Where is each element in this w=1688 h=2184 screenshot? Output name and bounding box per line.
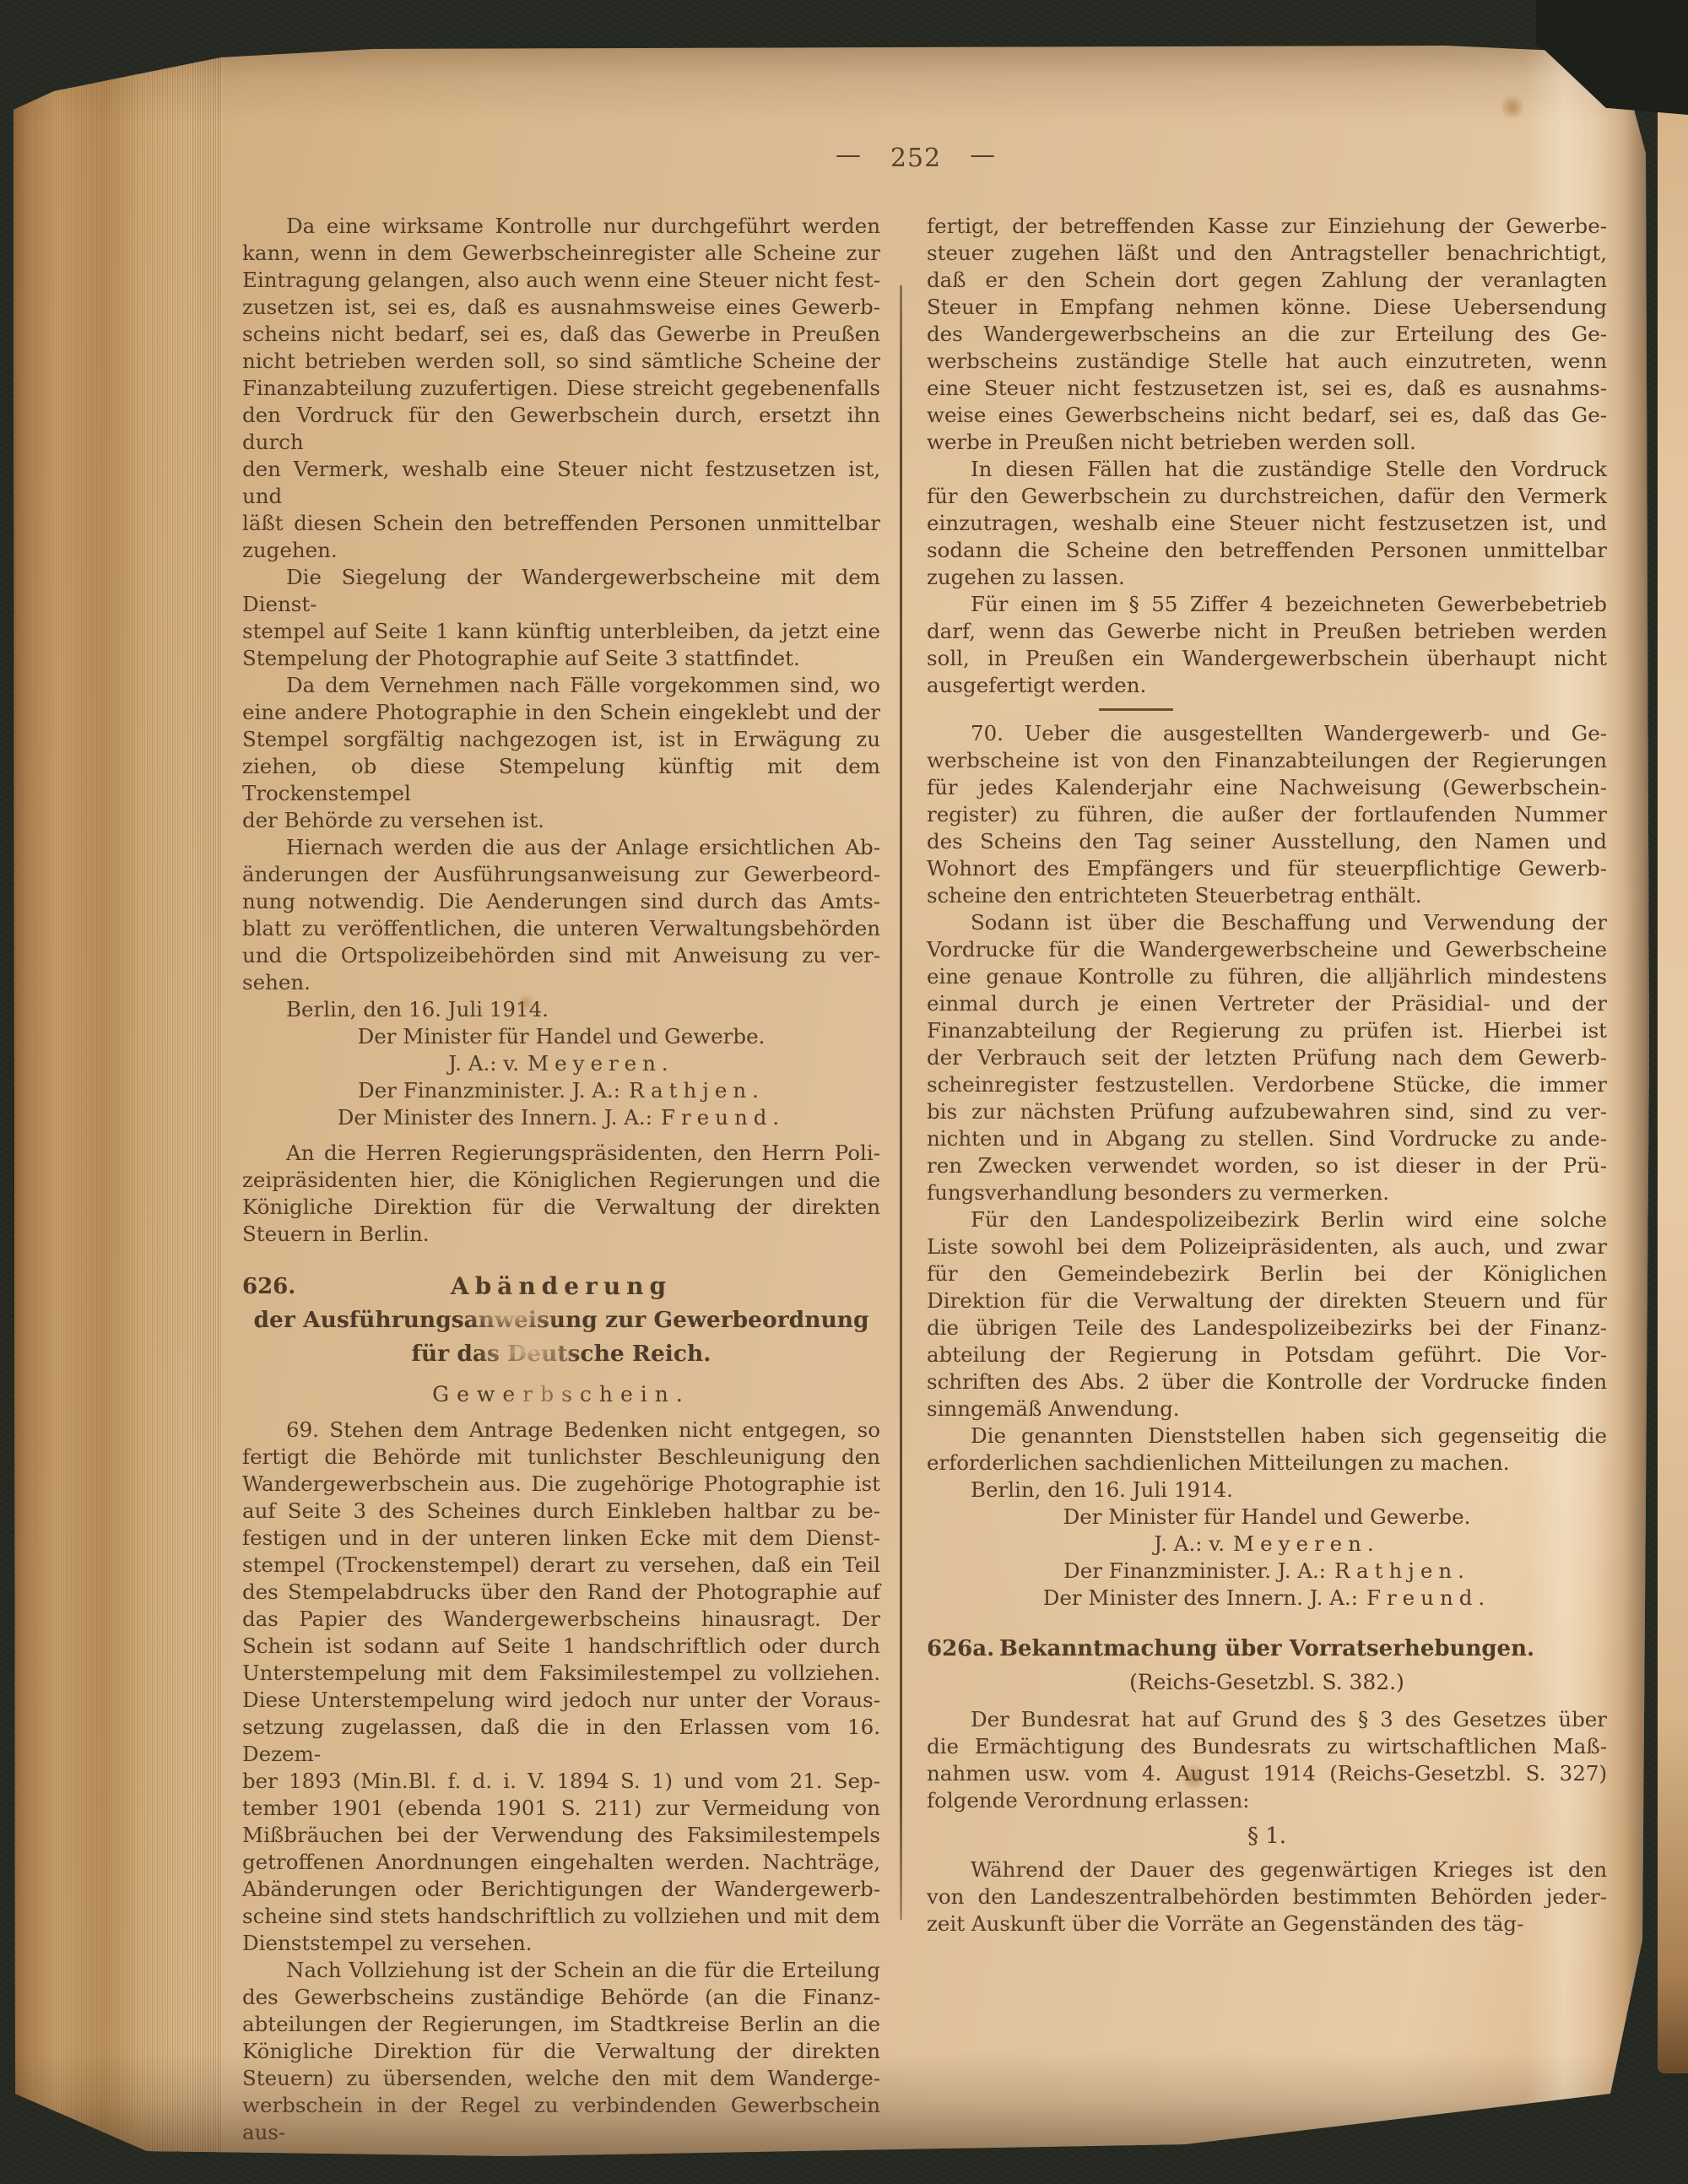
signature-name: Meyeren. bbox=[527, 1051, 674, 1076]
text-line: Diese Unterstempelung wird jedoch nur un… bbox=[242, 1687, 880, 1714]
paper-stain bbox=[517, 994, 535, 1011]
signature-title: Der Minister für Handel und Gewerbe. bbox=[1063, 1504, 1471, 1529]
text-line: Da dem Vernehmen nach Fälle vorgekommen … bbox=[242, 672, 880, 699]
text-line: das Papier des Wandergewerbscheins hinau… bbox=[242, 1606, 880, 1633]
section-626a-heading: 626a. Bekanntmachung über Vorratserhebun… bbox=[927, 1634, 1607, 1698]
text-line: ausgefertigt werden. bbox=[927, 672, 1607, 699]
text-line: und die Ortspolizeibehörden sind mit Anw… bbox=[242, 942, 880, 969]
text-line: Abänderungen oder Berichtigungen der Wan… bbox=[242, 1876, 880, 1903]
paragraph: Sodann ist über die Beschaffung und Verw… bbox=[927, 909, 1607, 1206]
scanned-book-photo: —252— Da eine wirksame Kontrolle nur dur… bbox=[0, 0, 1688, 2184]
text-line: Die genannten Dienststellen haben sich g… bbox=[927, 1423, 1607, 1450]
signature-name: Rathjen. bbox=[629, 1078, 765, 1103]
text-line: Steuern in Berlin. bbox=[242, 1221, 880, 1248]
next-page-edge bbox=[1658, 106, 1688, 2073]
text-line: Eintragung gelangen, also auch wenn eine… bbox=[242, 267, 880, 294]
signature-line: Der Minister des Innern. J. A.:Freund. bbox=[927, 1585, 1607, 1612]
text-line: daß er den Schein dort gegen Zahlung der… bbox=[927, 267, 1607, 294]
paragraph-70: 70. Ueber die ausgestellten Wandergewerb… bbox=[927, 720, 1607, 909]
section-title-line: Bekanntmachung über Vorratserhebungen. bbox=[927, 1634, 1607, 1664]
text-line: setzung zugelassen, daß die in den Erlas… bbox=[242, 1714, 880, 1768]
text-line: einmal durch je einen Vertreter der Präs… bbox=[927, 990, 1607, 1017]
section-number: 626a. bbox=[927, 1634, 994, 1664]
binding-gutter bbox=[10, 42, 223, 2161]
text-line: Liste sowohl bei dem Polizeipräsidenten,… bbox=[927, 1233, 1607, 1260]
text-line: weise eines Gewerbscheins nicht bedarf, … bbox=[927, 402, 1607, 429]
text-line: eine andere Photographie in den Schein e… bbox=[242, 699, 880, 726]
paragraph: Hiernach werden die aus der Anlage ersic… bbox=[242, 834, 880, 996]
text-line: ren Zwecken verwendet worden, so ist die… bbox=[927, 1152, 1607, 1179]
text-line: scheine den entrichteten Steuerbetrag en… bbox=[927, 882, 1607, 909]
address-paragraph: An die Herren Regierungspräsidenten, den… bbox=[242, 1140, 880, 1248]
text-line: Der Bundesrat hat auf Grund des § 3 des … bbox=[927, 1706, 1607, 1733]
text-line: für den Gemeindebezirk Berlin bei der Kö… bbox=[927, 1260, 1607, 1287]
text-line: 70. Ueber die ausgestellten Wandergewerb… bbox=[927, 720, 1607, 747]
text-line: zugehen zu lassen. bbox=[927, 564, 1607, 591]
text-line: An die Herren Regierungspräsidenten, den… bbox=[242, 1140, 880, 1167]
date-line: Berlin, den 16. Juli 1914. bbox=[927, 1477, 1607, 1504]
text-line: Direktion für die Verwaltung der direkte… bbox=[927, 1287, 1607, 1314]
text-line: Mißbräuchen bei der Verwendung des Faksi… bbox=[242, 1822, 880, 1849]
text-line: zugehen. bbox=[242, 537, 880, 564]
text-line: der Verbrauch seit der letzten Prüfung n… bbox=[927, 1044, 1607, 1071]
text-line: sodann die Scheine den betreffenden Pers… bbox=[927, 537, 1607, 564]
signature-title: J. A.: v. bbox=[1154, 1531, 1225, 1556]
text-line: fertigt die Behörde mit tunlichster Besc… bbox=[242, 1444, 880, 1471]
signature-line: Der Minister für Handel und Gewerbe. bbox=[927, 1504, 1607, 1531]
text-line: läßt diesen Schein den betreffenden Pers… bbox=[242, 510, 880, 537]
text-line: Stempelung der Photographie auf Seite 3 … bbox=[242, 645, 880, 672]
text-line: ber 1893 (Min.Bl. f. d. i. V. 1894 S. 1)… bbox=[242, 1768, 880, 1795]
text-line: änderungen der Ausführungsanweisung zur … bbox=[242, 861, 880, 888]
text-line: Finanzabteilung der Regierung zu prüfen … bbox=[927, 1017, 1607, 1044]
text-line: auf Seite 3 des Scheines durch Einkleben… bbox=[242, 1498, 880, 1525]
text-line: ziehen, ob diese Stempelung künftig mit … bbox=[242, 753, 880, 807]
text-line: Während der Dauer des gegenwärtigen Krie… bbox=[927, 1856, 1607, 1883]
signature-title: Der Minister des Innern. J. A.: bbox=[1043, 1585, 1358, 1610]
paper-stain bbox=[1180, 1764, 1209, 1790]
paragraph: Der Bundesrat hat auf Grund des § 3 des … bbox=[927, 1706, 1607, 1814]
text-line: Sodann ist über die Beschaffung und Verw… bbox=[927, 909, 1607, 936]
text-line: nung notwendig. Die Aenderungen sind dur… bbox=[242, 888, 880, 915]
text-line: zusetzen ist, sei es, daß es ausnahmswei… bbox=[242, 294, 880, 321]
text-line: getroffenen Anordnungen eingehalten werd… bbox=[242, 1849, 880, 1876]
text-line: bis zur nächsten Prüfung aufzubewahren s… bbox=[927, 1098, 1607, 1125]
header-dash-left: — bbox=[836, 140, 862, 170]
page-number-header: —252— bbox=[726, 144, 1106, 173]
signature-line: Der Minister für Handel und Gewerbe. bbox=[242, 1023, 880, 1050]
text-line: fungsverhandlung besonders zu vermerken. bbox=[927, 1179, 1607, 1206]
text-line: Steuer in Empfang nehmen könne. Diese Ue… bbox=[927, 294, 1607, 321]
text-line: Schein ist sodann auf Seite 1 handschrif… bbox=[242, 1633, 880, 1660]
text-line: blatt zu veröffentlichen, die unteren Ve… bbox=[242, 915, 880, 942]
text-line: den Vermerk, weshalb eine Steuer nicht f… bbox=[242, 456, 880, 510]
text-line: stempel (Trockenstempel) derart zu verse… bbox=[242, 1552, 880, 1579]
text-line: einzutragen, weshalb eine Steuer nicht f… bbox=[927, 510, 1607, 537]
page-number: 252 bbox=[890, 144, 941, 173]
text-line: werbschein in der Regel zu verbindenden … bbox=[242, 2092, 880, 2146]
text-line: kann, wenn in dem Gewerbscheinregister a… bbox=[242, 240, 880, 267]
signature-title: Der Finanzminister. J. A.: bbox=[358, 1078, 620, 1103]
text-line: Stempel sorgfältig nachgezogen ist, ist … bbox=[242, 726, 880, 753]
text-line: des Wandergewerbscheins an die zur Ertei… bbox=[927, 321, 1607, 348]
right-column: fertigt, der betreffenden Kasse zur Einz… bbox=[927, 213, 1607, 1937]
text-line: nahmen usw. vom 4. August 1914 (Reichs-G… bbox=[927, 1760, 1607, 1787]
text-line: Wandergewerbschein aus. Die zugehörige P… bbox=[242, 1471, 880, 1498]
text-line: Nach Vollziehung ist der Schein an die f… bbox=[242, 1957, 880, 1984]
section-divider-rule bbox=[1099, 708, 1173, 711]
signature-title: Der Minister für Handel und Gewerbe. bbox=[358, 1024, 766, 1049]
text-line: werbscheins zuständige Stelle hat auch e… bbox=[927, 348, 1607, 375]
text-line: nicht betrieben werden soll, so sind säm… bbox=[242, 348, 880, 375]
text-line: Für einen im § 55 Ziffer 4 bezeichneten … bbox=[927, 591, 1607, 618]
text-line: zeipräsidenten hier, die Königlichen Reg… bbox=[242, 1167, 880, 1194]
text-line: von den Landeszentralbehörden bestimmten… bbox=[927, 1883, 1607, 1910]
text-line: In diesen Fällen hat die zuständige Stel… bbox=[927, 456, 1607, 483]
text-line: für den Gewerbschein zu durchstreichen, … bbox=[927, 483, 1607, 510]
text-line: schriften des Abs. 2 über die Kontrolle … bbox=[927, 1368, 1607, 1395]
text-line: stempel auf Seite 1 kann künftig unterbl… bbox=[242, 618, 880, 645]
signature-name: Rathjen. bbox=[1334, 1558, 1470, 1583]
text-line: steuer zugehen läßt und den Antragstelle… bbox=[927, 240, 1607, 267]
signature-title: J. A.: v. bbox=[448, 1051, 519, 1076]
text-line: eine genaue Kontrolle zu führen, die all… bbox=[927, 963, 1607, 990]
paragraph-continuation: fertigt, der betreffenden Kasse zur Einz… bbox=[927, 213, 1607, 456]
signature-line: J. A.: v.Meyeren. bbox=[242, 1050, 880, 1077]
signature-line: Der Finanzminister. J. A.:Rathjen. bbox=[242, 1077, 880, 1104]
text-line: scheins nicht bedarf, sei es, daß das Ge… bbox=[242, 321, 880, 348]
text-line: den Vordruck für den Gewerbschein durch,… bbox=[242, 402, 880, 456]
paragraph-sign: § 1. bbox=[927, 1823, 1607, 1850]
text-line: Wohnort des Empfängers und für steuerpfl… bbox=[927, 855, 1607, 882]
paragraph: Für den Landespolizeibezirk Berlin wird … bbox=[927, 1206, 1607, 1423]
text-line: zeit Auskunft über die Vorräte an Gegens… bbox=[927, 1910, 1607, 1937]
signature-name: Meyeren. bbox=[1233, 1531, 1380, 1556]
paper-damage-smudge bbox=[456, 1287, 616, 1427]
text-line: Für den Landespolizeibezirk Berlin wird … bbox=[927, 1206, 1607, 1233]
text-line: des Gewerbscheins zuständige Behörde (an… bbox=[242, 1984, 880, 2011]
text-line: des Stempelabdrucks über den Rand der Ph… bbox=[242, 1579, 880, 1606]
text-line: die Ermächtigung des Bundesrats zu wirts… bbox=[927, 1733, 1607, 1760]
text-line: werbe in Preußen nicht betrieben werden … bbox=[927, 429, 1607, 456]
text-line: abteilungen der Regierungen, im Stadtkre… bbox=[242, 2011, 880, 2038]
text-line: sehen. bbox=[242, 969, 880, 996]
text-line: abteilung der Regierung in Potsdam gefüh… bbox=[927, 1341, 1607, 1368]
text-line: Da eine wirksame Kontrolle nur durchgefü… bbox=[242, 213, 880, 240]
signature-title: Der Minister des Innern. J. A.: bbox=[338, 1105, 652, 1130]
text-line: soll, in Preußen ein Wandergewerbschein … bbox=[927, 645, 1607, 672]
paragraph: Für einen im § 55 Ziffer 4 bezeichneten … bbox=[927, 591, 1607, 699]
date-line: Berlin, den 16. Juli 1914. bbox=[242, 996, 880, 1023]
text-line: Die Siegelung der Wandergewerbscheine mi… bbox=[242, 564, 880, 618]
paragraph: Nach Vollziehung ist der Schein an die f… bbox=[242, 1957, 880, 2146]
text-line: Dienststempel zu versehen. bbox=[242, 1930, 880, 1957]
paragraph: Während der Dauer des gegenwärtigen Krie… bbox=[927, 1856, 1607, 1937]
signature-line: Der Minister des Innern. J. A.:Freund. bbox=[242, 1104, 880, 1131]
text-line: Königliche Direktion für die Verwaltung … bbox=[242, 1194, 880, 1221]
text-line: Steuern) zu übersenden, welche den mit d… bbox=[242, 2065, 880, 2092]
paragraph: Da dem Vernehmen nach Fälle vorgekommen … bbox=[242, 672, 880, 834]
section-number: 626. bbox=[242, 1270, 295, 1303]
signature-name: Freund. bbox=[661, 1105, 785, 1130]
text-line: erforderlichen sachdienlichen Mitteilung… bbox=[927, 1450, 1607, 1477]
signature-line: J. A.: v.Meyeren. bbox=[927, 1531, 1607, 1558]
text-line: register) zu führen, die außer der fortl… bbox=[927, 801, 1607, 828]
signature-line: Der Finanzminister. J. A.:Rathjen. bbox=[927, 1558, 1607, 1585]
text-line: festigen und in der unteren linken Ecke … bbox=[242, 1525, 880, 1552]
text-line: für jedes Kalenderjahr eine Nachweisung … bbox=[927, 774, 1607, 801]
text-line: nichten und in Abgang zu stellen. Sind V… bbox=[927, 1125, 1607, 1152]
text-line: Vordrucke für die Wandergewerbscheine un… bbox=[927, 936, 1607, 963]
text-line: Hiernach werden die aus der Anlage ersic… bbox=[242, 834, 880, 861]
paper-stain bbox=[1501, 93, 1523, 122]
text-line: tember 1901 (ebenda 1901 S. 211) zur Ver… bbox=[242, 1795, 880, 1822]
text-line: scheinregister festzustellen. Verdorbene… bbox=[927, 1071, 1607, 1098]
column-divider-rule bbox=[900, 285, 902, 1920]
paragraph-69: 69. Stehen dem Antrage Bedenken nicht en… bbox=[242, 1417, 880, 1957]
text-line: Finanzabteilung zuzufertigen. Diese stre… bbox=[242, 375, 880, 402]
text-line: Königliche Direktion für die Verwaltung … bbox=[242, 2038, 880, 2065]
text-line: sinngemäß Anwendung. bbox=[927, 1395, 1607, 1423]
text-line: der Behörde zu versehen ist. bbox=[242, 807, 880, 834]
paragraph: Die Siegelung der Wandergewerbscheine mi… bbox=[242, 564, 880, 672]
text-line: scheine sind stets handschriftlich zu vo… bbox=[242, 1903, 880, 1930]
paragraph: Da eine wirksame Kontrolle nur durchgefü… bbox=[242, 213, 880, 564]
text-line: des Scheins den Tag seiner Ausstellung, … bbox=[927, 828, 1607, 855]
text-line: werbscheine ist von den Finanzabteilunge… bbox=[927, 747, 1607, 774]
section-source-line: (Reichs-Gesetzbl. S. 382.) bbox=[927, 1667, 1607, 1698]
paragraph: Die genannten Dienststellen haben sich g… bbox=[927, 1423, 1607, 1477]
text-line: eine Steuer nicht festzusetzen ist, sei … bbox=[927, 375, 1607, 402]
text-line: darf, wenn das Gewerbe nicht in Preußen … bbox=[927, 618, 1607, 645]
header-dash-right: — bbox=[970, 140, 996, 170]
signature-title: Der Finanzminister. J. A.: bbox=[1063, 1558, 1326, 1583]
signature-name: Freund. bbox=[1366, 1585, 1491, 1610]
text-line: folgende Verordnung erlassen: bbox=[927, 1787, 1607, 1814]
text-line: Unterstempelung mit dem Faksimilestempel… bbox=[242, 1660, 880, 1687]
paragraph: In diesen Fällen hat die zuständige Stel… bbox=[927, 456, 1607, 591]
text-line: fertigt, der betreffenden Kasse zur Einz… bbox=[927, 213, 1607, 240]
page-top-shadow bbox=[10, 42, 1651, 122]
left-column: Da eine wirksame Kontrolle nur durchgefü… bbox=[242, 213, 880, 2146]
text-line: die übrigen Teile des Landespolizeibezir… bbox=[927, 1314, 1607, 1341]
